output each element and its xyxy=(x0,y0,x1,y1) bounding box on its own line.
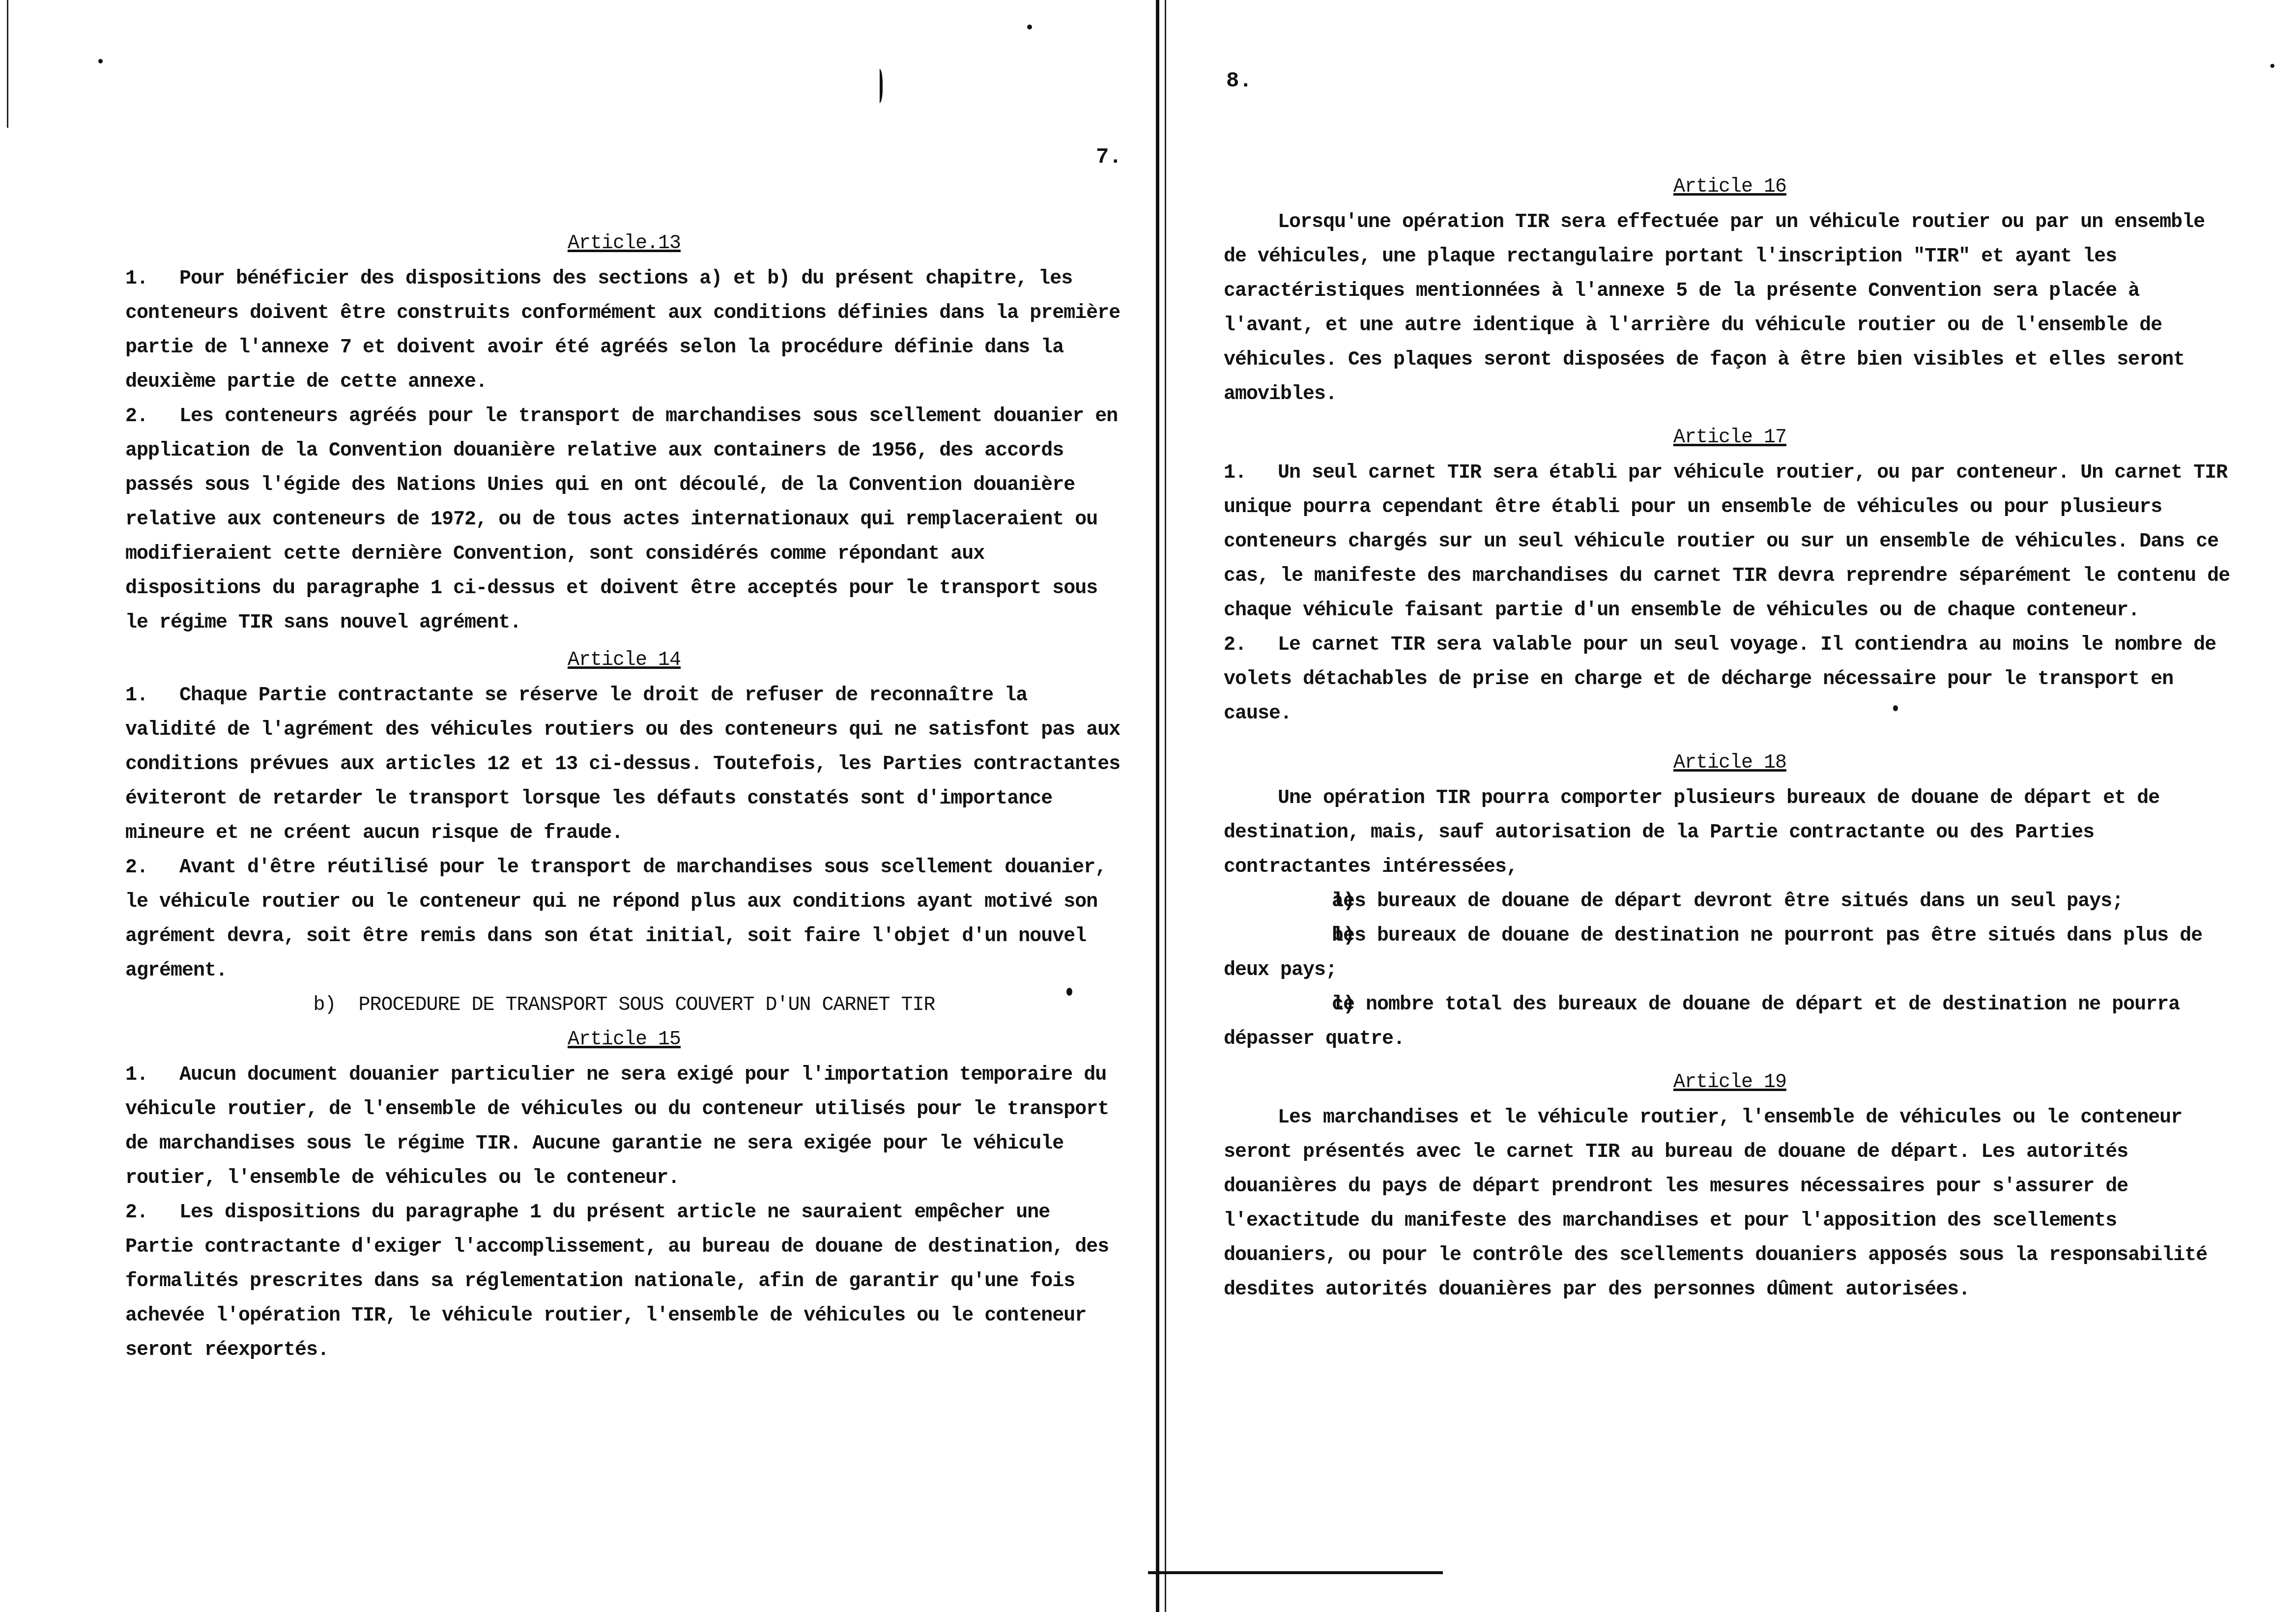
para-text: Avant d'être réutilisé pour le transport… xyxy=(125,857,1106,982)
para-text: Aucun document douanier particulier ne s… xyxy=(125,1064,1109,1189)
page-gutter-line xyxy=(1156,0,1159,1612)
article-14-heading: Article 14 xyxy=(125,643,1123,678)
scan-speck xyxy=(98,59,103,63)
item-letter: b) xyxy=(1278,919,1332,953)
para-number: 2. xyxy=(125,1196,179,1230)
para-text: Pour bénéficier des dispositions des sec… xyxy=(125,268,1120,393)
para-number: 1. xyxy=(125,679,179,713)
item-text: les bureaux de douane de destination ne … xyxy=(1224,925,2202,981)
para-text: Le carnet TIR sera valable pour un seul … xyxy=(1224,634,2216,725)
para-text: Un seul carnet TIR sera établi par véhic… xyxy=(1224,462,2230,622)
page-8: 8. Article 16 Lorsqu'une opération TIR s… xyxy=(1160,0,2296,1612)
article-14-para-2: 2.Avant d'être réutilisé pour le transpo… xyxy=(125,851,1123,988)
item-letter: a) xyxy=(1278,885,1332,919)
left-column: Article.13 1.Pour bénéficier des disposi… xyxy=(125,224,1123,1368)
article-16-heading: Article 16 xyxy=(1224,170,2236,204)
article-17-heading: Article 17 xyxy=(1224,421,2236,455)
article-18-item-c: c)le nombre total des bureaux de douane … xyxy=(1224,988,2236,1057)
item-text: les bureaux de douane de départ devront … xyxy=(1332,891,2123,913)
article-18-intro: Une opération TIR pourra comporter plusi… xyxy=(1224,781,2236,885)
article-18-heading: Article 18 xyxy=(1224,746,2236,780)
article-13-para-2: 2.Les conteneurs agréés pour le transpor… xyxy=(125,400,1123,640)
article-14-para-1: 1.Chaque Partie contractante se réserve … xyxy=(125,679,1123,851)
article-17-para-2: 2.Le carnet TIR sera valable pour un seu… xyxy=(1224,628,2236,731)
section-b-title: b) PROCEDURE DE TRANSPORT SOUS COUVERT D… xyxy=(125,988,1123,1023)
article-15-para-2: 2.Les dispositions du paragraphe 1 du pr… xyxy=(125,1196,1123,1368)
scan-speck xyxy=(1027,25,1032,29)
page-number: 7. xyxy=(1096,145,1122,170)
para-number: 2. xyxy=(125,851,179,885)
para-text: Les conteneurs agréés pour le transport … xyxy=(125,405,1118,634)
para-number: 1. xyxy=(1224,456,1278,490)
para-text: Chaque Partie contractante se réserve le… xyxy=(125,685,1120,844)
article-15-heading: Article 15 xyxy=(125,1023,1123,1057)
article-17-para-1: 1.Un seul carnet TIR sera établi par véh… xyxy=(1224,456,2236,628)
item-letter: c) xyxy=(1278,988,1332,1022)
para-number: 1. xyxy=(125,1058,179,1093)
para-number: 2. xyxy=(1224,628,1278,662)
scan-mark xyxy=(875,69,883,103)
article-18-item-a: a)les bureaux de douane de départ devron… xyxy=(1224,885,2236,919)
article-18-item-b: b)les bureaux de douane de destination n… xyxy=(1224,919,2236,988)
page-number: 8. xyxy=(1226,69,1252,93)
para-number: 2. xyxy=(125,400,179,434)
scan-speck xyxy=(2270,64,2274,68)
bottom-rule-line xyxy=(1148,1571,1443,1574)
article-13-heading: Article.13 xyxy=(125,227,1123,261)
article-16-para: Lorsqu'une opération TIR sera effectuée … xyxy=(1224,205,2236,412)
article-15-para-1: 1.Aucun document douanier particulier ne… xyxy=(125,1058,1123,1196)
scan-speck xyxy=(1893,705,1898,711)
para-text: Les dispositions du paragraphe 1 du prés… xyxy=(125,1202,1109,1361)
article-19-heading: Article 19 xyxy=(1224,1065,2236,1100)
item-text: le nombre total des bureaux de douane de… xyxy=(1224,994,2180,1050)
right-column: Article 16 Lorsqu'une opération TIR sera… xyxy=(1224,167,2236,1307)
scan-speck xyxy=(1066,988,1072,996)
page-7: 7. Article.13 1.Pour bénéficier des disp… xyxy=(0,0,1155,1612)
article-13-para-1: 1.Pour bénéficier des dispositions des s… xyxy=(125,262,1123,400)
article-19-para: Les marchandises et le véhicule routier,… xyxy=(1224,1101,2236,1307)
para-number: 1. xyxy=(125,262,179,296)
